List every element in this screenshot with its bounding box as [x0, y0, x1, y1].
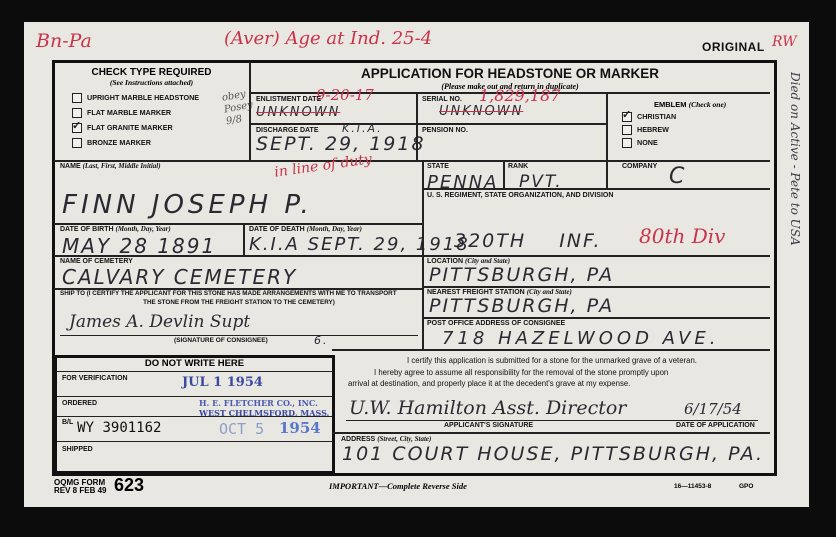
checkbox-checked[interactable] [622, 112, 632, 122]
divider [422, 188, 770, 190]
discharge-value[interactable]: SEPT. 29, 1918 [256, 133, 426, 155]
name-value[interactable]: FINN JOSEPH P. [62, 190, 313, 220]
certification-line2: I hereby agree to assume all responsibil… [334, 367, 770, 379]
annotation-serial: 1,829,187 [479, 86, 560, 105]
emblem-none[interactable]: NONE [622, 136, 676, 149]
divider [57, 371, 332, 372]
print-code: 16—11453-8 [674, 483, 711, 490]
option-label: UPRIGHT MARBLE HEADSTONE [87, 93, 199, 102]
application-date[interactable]: 6/17/54 [684, 400, 742, 418]
company-value[interactable]: C [669, 164, 686, 189]
dod-value[interactable]: K.I.A SEPT. 29, 1918 [249, 234, 470, 255]
divider [57, 416, 332, 417]
bl-value: WY 3901162 [77, 420, 161, 436]
option-label: CHRISTIAN [637, 112, 676, 121]
checkbox[interactable] [72, 93, 82, 103]
emblem-hebrew[interactable]: HEBREW [622, 123, 676, 136]
application-date-label: DATE OF APPLICATION [676, 422, 755, 429]
divider [57, 441, 332, 442]
annotation-enlistment: 9-20-17 [316, 86, 374, 104]
emblem-christian[interactable]: CHRISTIAN [622, 110, 676, 123]
annotation-top-left: Bn-Pa [36, 30, 92, 52]
checkbox[interactable] [72, 108, 82, 118]
company-label: COMPANY [622, 163, 657, 170]
state-label: STATE [427, 163, 449, 170]
verification-stamp: JUL 1 1954 [182, 375, 263, 390]
divider [250, 123, 416, 125]
checkbox[interactable] [72, 138, 82, 148]
applicant-signature-label: APPLICANT'S SIGNATURE [444, 422, 533, 429]
office-use-heading: DO NOT WRITE HERE [57, 358, 332, 369]
shipped-label: SHIPPED [62, 446, 93, 453]
dob-label-note: (Month, Day, Year) [116, 225, 171, 233]
checkbox-checked[interactable] [72, 123, 82, 133]
regiment-value[interactable]: 320TH INF. [454, 230, 602, 252]
dod-label: DATE OF DEATH (Month, Day, Year) [249, 226, 362, 233]
divider [243, 223, 245, 255]
certification-text: I certify this application is submitted … [334, 355, 770, 390]
annotation-side-note: Died on Active - Pete to USA [788, 72, 802, 432]
important-note: IMPORTANT—Complete Reverse Side [329, 481, 467, 491]
freight-value[interactable]: PITTSBURGH, PA [429, 295, 614, 317]
form-id: OQMG FORM REV 8 FEB 49 [54, 479, 106, 495]
name-label: NAME (Last, First, Middle Initial) [60, 163, 161, 170]
location-value[interactable]: PITTSBURGH, PA [429, 264, 614, 286]
form-id-line2: REV 8 FEB 49 [54, 487, 106, 495]
annotation-consignee-mark: 6. [314, 334, 329, 347]
dod-label-text: DATE OF DEATH [249, 226, 305, 233]
pension-label: PENSION No. [422, 127, 468, 134]
ordered-label: ORDERED [62, 400, 97, 407]
emblem-heading-note: (Check one) [689, 100, 727, 109]
address-label: ADDRESS (Street, City, State) [341, 436, 431, 443]
fletcher-stamp-line1: H. E. FLETCHER CO., INC. [199, 398, 318, 408]
checkbox[interactable] [622, 125, 632, 135]
bl-row: B/L WY 3901162 [62, 419, 161, 436]
dob-label-text: DATE OF BIRTH [60, 226, 114, 233]
shipped-stamp-year: 1954 [279, 419, 321, 437]
divider [332, 349, 770, 351]
ship-to-label-2: THE STONE FROM THE FREIGHT STATION TO TH… [60, 300, 418, 306]
signature-line [60, 335, 418, 336]
original-label: ORIGINAL [702, 40, 765, 54]
rank-label: RANK [508, 163, 528, 170]
divider [422, 317, 770, 319]
certification-line3: arrival at destination, and properly pla… [334, 378, 770, 390]
dod-label-note: (Month, Day, Year) [307, 225, 362, 233]
divider [606, 160, 608, 188]
name-label-text: NAME [60, 163, 81, 170]
consignee-signature-label: (SIGNATURE OF CONSIGNEE) [174, 338, 268, 345]
check-type-subheading: (See Instructions attached) [54, 78, 249, 87]
annotation-initials: RW [772, 34, 797, 50]
emblem-options: CHRISTIAN HEBREW NONE [622, 110, 676, 149]
ship-to-label: SHIP TO (I CERTIFY THE APPLICANT FOR THI… [60, 291, 397, 297]
name-label-note: (Last, First, Middle Initial) [83, 162, 161, 170]
checkbox[interactable] [622, 138, 632, 148]
form-title: APPLICATION FOR HEADSTONE OR MARKER [250, 66, 770, 81]
headstone-application-card: Bn-Pa (Aver) Age at Ind. 25-4 ORIGINAL R… [24, 22, 809, 507]
option-label: BRONZE MARKER [87, 138, 151, 147]
emblem-heading-text: EMBLEM [654, 100, 687, 109]
divider [606, 92, 608, 160]
consignee-address-value[interactable]: 718 HAZELWOOD AVE. [442, 328, 719, 349]
check-flat-granite[interactable]: FLAT GRANITE MARKER [72, 120, 249, 135]
option-label: HEBREW [637, 125, 669, 134]
divider [54, 255, 422, 257]
check-bronze[interactable]: BRONZE MARKER [72, 135, 249, 150]
option-label: FLAT MARBLE MARKER [87, 108, 171, 117]
shipped-stamp-date: OCT 5 [219, 420, 264, 438]
emblem-heading: EMBLEM (Check one) [654, 100, 726, 109]
check-type-heading: CHECK TYPE REQUIRED [54, 67, 249, 78]
check-type-section: CHECK TYPE REQUIRED (See Instructions at… [54, 62, 249, 160]
applicant-signature[interactable]: U.W. Hamilton Asst. Director [349, 397, 626, 419]
divider [57, 396, 332, 397]
option-label: NONE [637, 138, 658, 147]
consignee-signature[interactable]: James A. Devlin Supt [69, 312, 250, 332]
divider [54, 160, 770, 162]
gpo-label: GPO [739, 483, 753, 490]
consignee-address-label: POST OFFICE ADDRESS OF CONSIGNEE [427, 320, 565, 327]
divider [503, 160, 505, 188]
divider [54, 223, 422, 225]
address-label-note: (Street, City, State) [377, 435, 431, 443]
divider [422, 286, 770, 288]
serial-value[interactable]: UNKNOWN [439, 104, 523, 119]
state-value[interactable]: PENNA [427, 172, 498, 193]
divider [332, 432, 770, 434]
bl-label: B/L [62, 419, 73, 426]
address-value[interactable]: 101 COURT HOUSE, PITTSBURGH, PA. [342, 443, 764, 465]
serial-label: SERIAL No. [422, 96, 462, 103]
cemetery-label: NAME OF CEMETERY [60, 258, 133, 265]
enlistment-label: ENLISTMENT DATE [256, 96, 321, 103]
address-label-text: ADDRESS [341, 436, 375, 443]
signature-line [346, 420, 758, 421]
regiment-label: U. S. REGIMENT, STATE ORGANIZATION, AND … [427, 192, 613, 199]
annotation-division: 80th Div [639, 224, 725, 248]
verification-label: FOR VERIFICATION [62, 375, 128, 382]
divider [416, 92, 418, 160]
cemetery-value[interactable]: CALVARY CEMETERY [62, 265, 297, 289]
enlistment-value[interactable]: UNKNOWN [256, 105, 340, 120]
certification-line1: I certify this application is submitted … [334, 355, 770, 367]
dob-label: DATE OF BIRTH (Month, Day, Year) [60, 226, 171, 233]
form-number: 623 [114, 475, 144, 496]
option-label: FLAT GRANITE MARKER [87, 123, 173, 132]
divider [416, 123, 606, 125]
check-flat-marble[interactable]: FLAT MARBLE MARKER [72, 105, 249, 120]
annotation-top-mid: (Aver) Age at Ind. 25-4 [224, 28, 432, 49]
